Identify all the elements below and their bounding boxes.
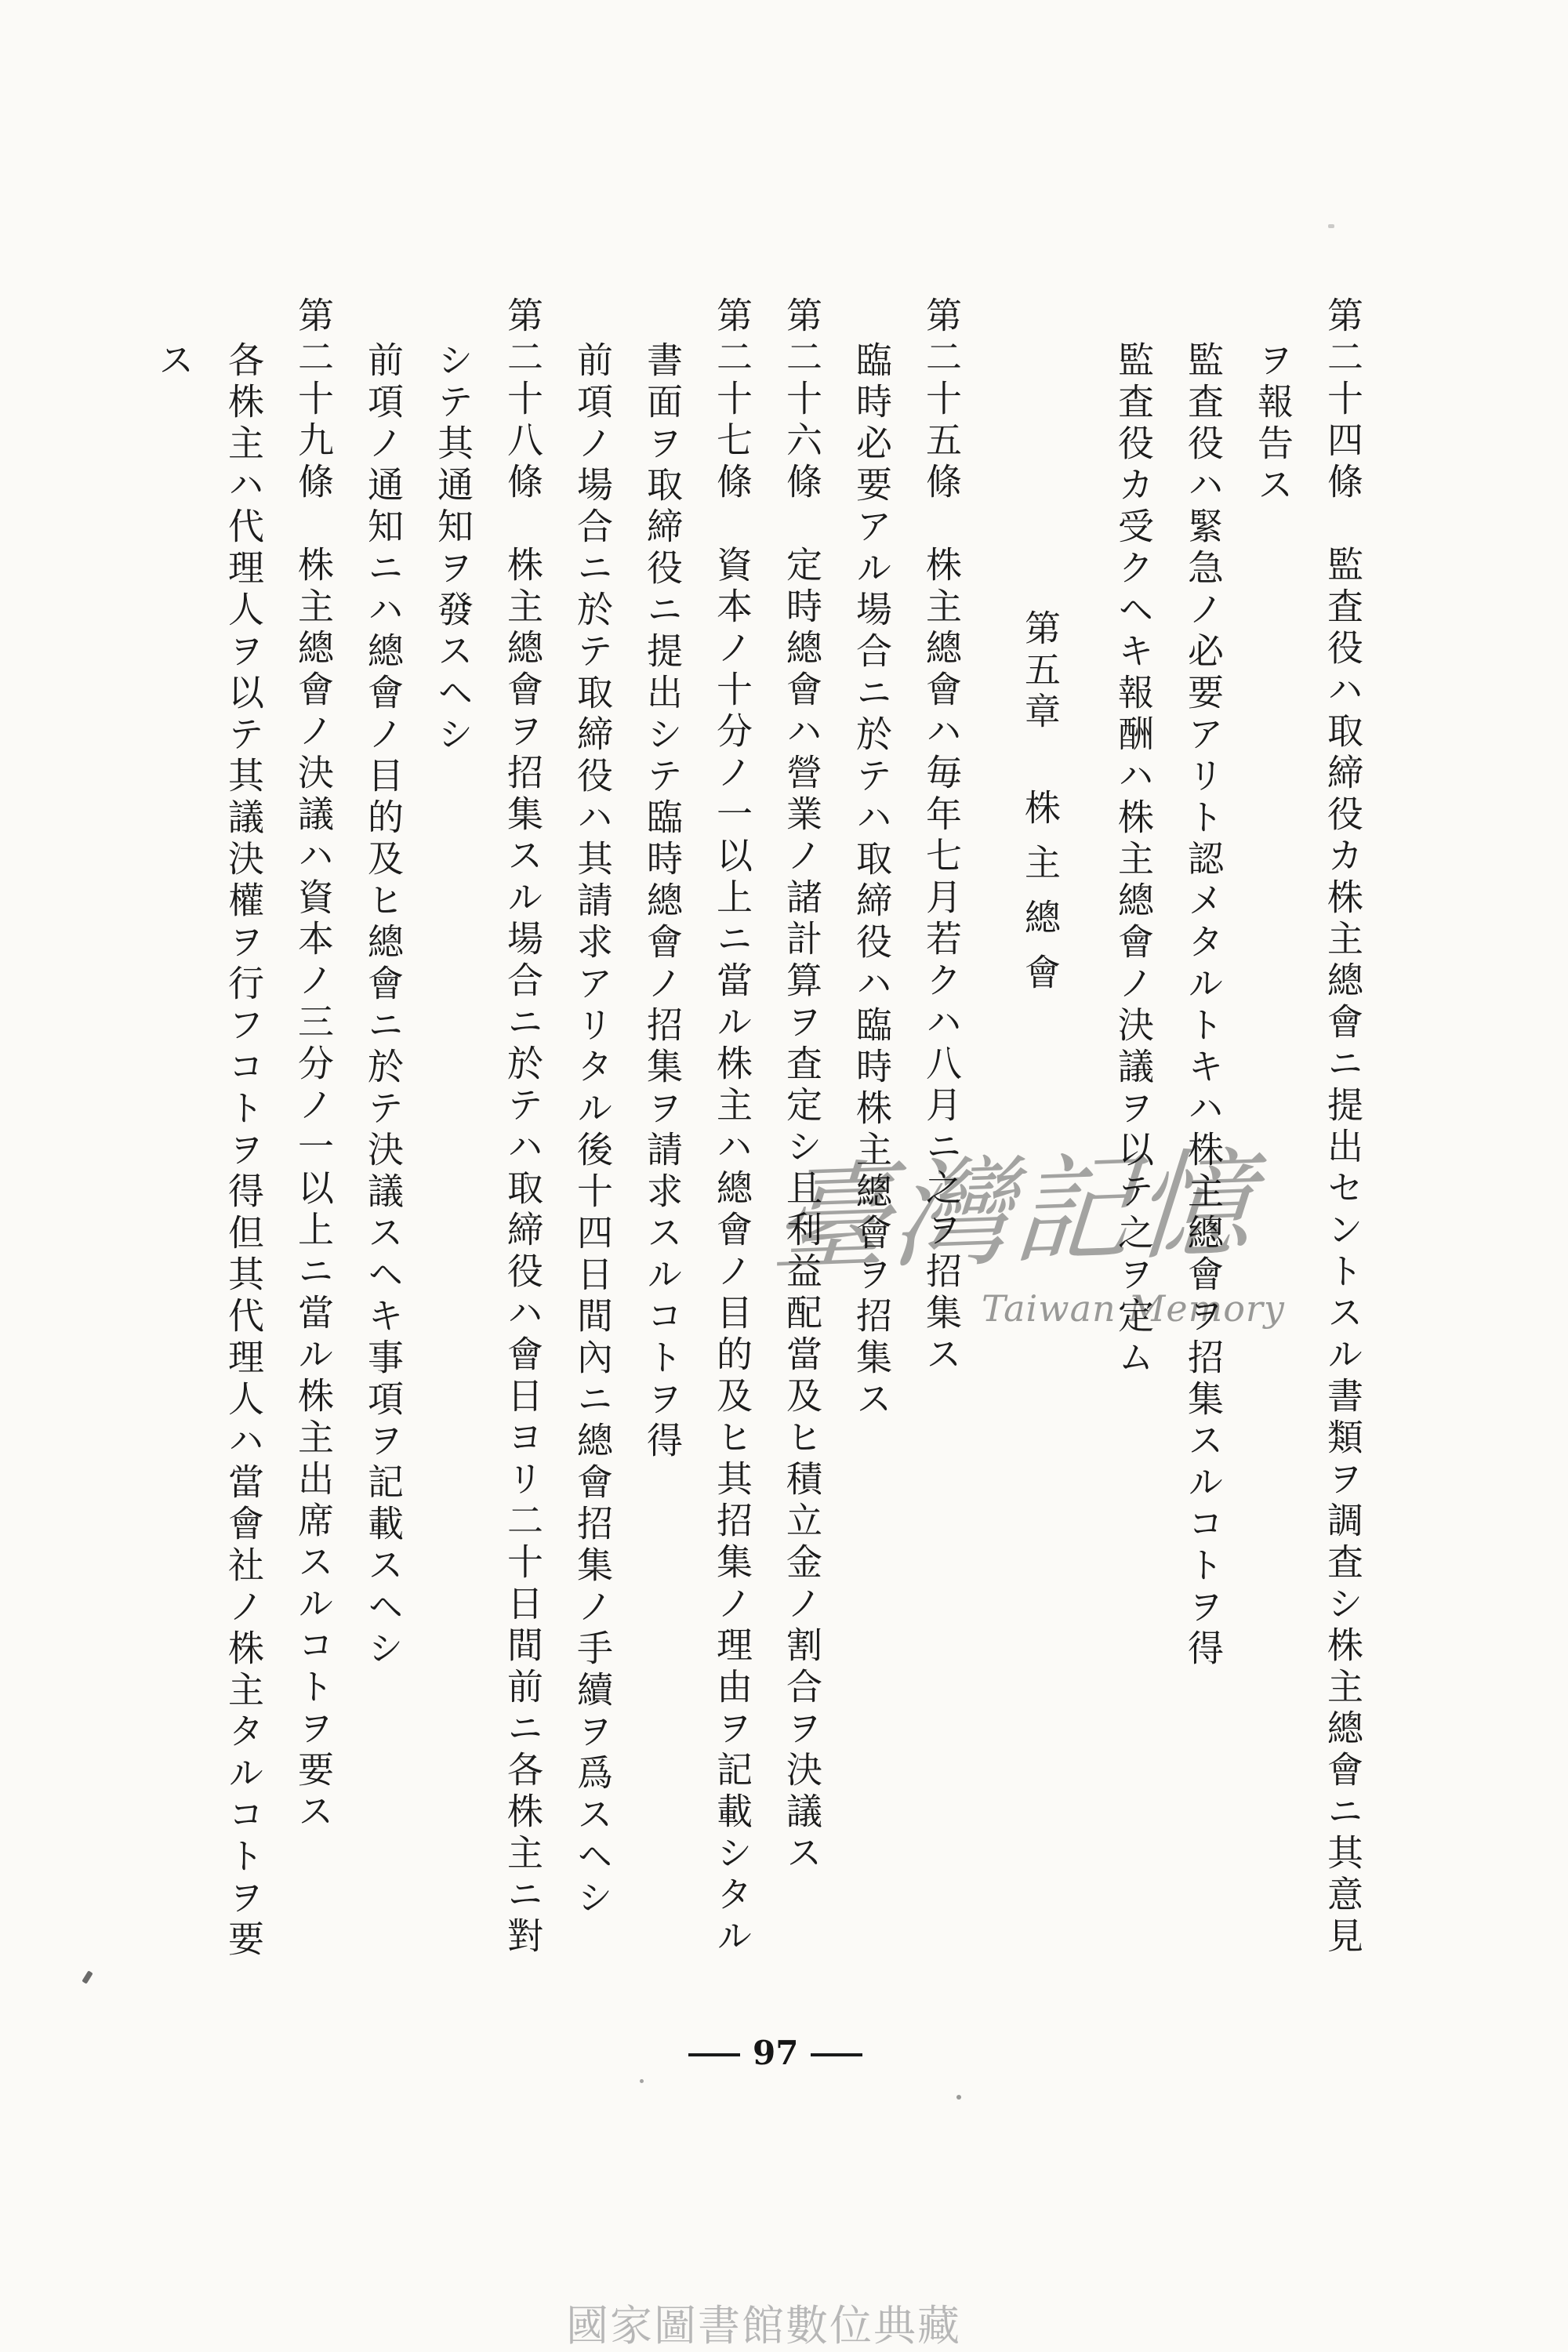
- article-column: 第二十九條 株主總會ノ決議ハ資本ノ三分ノ一以上ニ當ル株主出席スルコトヲ要ス: [294, 296, 333, 1834]
- chapter-number: 第五章: [1019, 609, 1062, 734]
- column-text: ス: [153, 341, 195, 383]
- column-text: 株主總會ハ毎年七月若クハ八月ニ之ヲ招集ス: [920, 546, 963, 1377]
- text-column: 監査役ハ緊急ノ必要アリト認メタルトキハ株主總會ヲ招集スルコトヲ得: [1184, 296, 1223, 1671]
- page-number: 97: [688, 2037, 862, 2073]
- scan-speck: [1328, 224, 1334, 228]
- article-number: 第二十八條: [502, 296, 544, 504]
- scan-speck: [82, 1970, 93, 1984]
- column-text: シテ其通知ヲ發スヘシ: [432, 341, 474, 757]
- vertical-text-block: 第二十四條 監査役ハ取締役カ株主總會ニ提出セントスル書類ヲ調査シ株主總會ニ其意見…: [124, 296, 1363, 2037]
- column-text: 定時總會ハ營業ノ諸計算ヲ査定シ且利益配當及ヒ積立金ノ割合ヲ決議ス: [781, 546, 823, 1875]
- column-text: 株主總會ヲ招集スル場合ニ於テハ取締役ハ會日ヨリ二十日間前ニ各株主ニ對: [502, 546, 544, 1958]
- library-archive-footer: 國家圖書館數位典藏: [566, 2292, 961, 2352]
- text-column: 監査役カ受クヘキ報酬ハ株主總會ノ決議ヲ以テ之ヲ定ム: [1114, 296, 1153, 1380]
- column-text: 監査役カ受クヘキ報酬ハ株主總會ノ決議ヲ以テ之ヲ定ム: [1112, 341, 1155, 1380]
- page-number-dash-left: [688, 2053, 740, 2056]
- text-column: ス: [154, 296, 194, 383]
- column-text: 前項ノ場合ニ於テ取締役ハ其請求アリタル後十四日間內ニ總會招集ノ手續ヲ爲スヘシ: [572, 341, 614, 1920]
- page-number-value: 97: [753, 2037, 798, 2073]
- column-text: 書面ヲ取締役ニ提出シテ臨時總會ノ招集ヲ請求スルコトヲ得: [641, 341, 684, 1463]
- column-text: ヲ報告ス: [1252, 341, 1294, 507]
- column-text: 株主總會ノ決議ハ資本ノ三分ノ一以上ニ當ル株主出席スルコトヲ要ス: [292, 546, 335, 1834]
- page-number-dash-right: [811, 2053, 862, 2056]
- text-column: 臨時必要アル場合ニ於テハ取締役ハ臨時株主總會ヲ招集ス: [852, 296, 891, 1421]
- column-text: 監査役ハ取締役カ株主總會ニ提出セントスル書類ヲ調査シ株主總會ニ其意見: [1322, 546, 1364, 1958]
- article-number: 第二十七條: [711, 296, 753, 504]
- text-column: シテ其通知ヲ發スヘシ: [434, 296, 473, 757]
- column-text: 各株主ハ代理人ヲ以テ其議決權ヲ行フコトヲ得但其代理人ハ當會社ノ株主タルコトヲ要: [223, 341, 265, 1962]
- text-column: 書面ヲ取締役ニ提出シテ臨時總會ノ招集ヲ請求スルコトヲ得: [643, 296, 682, 1463]
- article-column: 第二十七條 資本ノ十分ノ一以上ニ當ル株主ハ總會ノ目的及ヒ其招集ノ理由ヲ記載シタル: [713, 296, 752, 1958]
- article-column: 第二十六條 定時總會ハ營業ノ諸計算ヲ査定シ且利益配當及ヒ積立金ノ割合ヲ決議ス: [782, 296, 822, 1875]
- article-number: 第二十五條: [920, 296, 963, 504]
- article-number: 第二十六條: [781, 296, 823, 504]
- text-column: 前項ノ場合ニ於テ取締役ハ其請求アリタル後十四日間內ニ總會招集ノ手續ヲ爲スヘシ: [573, 296, 612, 1920]
- article-column: 第二十八條 株主總會ヲ招集スル場合ニ於テハ取締役ハ會日ヨリ二十日間前ニ各株主ニ對: [503, 296, 543, 1958]
- article-number: 第二十九條: [292, 296, 335, 504]
- article-number: 第二十四條: [1322, 296, 1364, 504]
- column-text: 資本ノ十分ノ一以上ニ當ル株主ハ總會ノ目的及ヒ其招集ノ理由ヲ記載シタル: [711, 546, 753, 1958]
- column-text: 監査役ハ緊急ノ必要アリト認メタルトキハ株主總會ヲ招集スルコトヲ得: [1182, 341, 1225, 1671]
- chapter-title: 株主總會: [1019, 734, 1062, 1008]
- column-text: 前項ノ通知ニハ總會ノ目的及ヒ總會ニ於テ決議スヘキ事項ヲ記載スヘシ: [362, 341, 405, 1671]
- scanned-document-page: 第二十四條 監査役ハ取締役カ株主總會ニ提出セントスル書類ヲ調査シ株主總會ニ其意見…: [0, 0, 1568, 2352]
- text-column: 前項ノ通知ニハ總會ノ目的及ヒ總會ニ於テ決議スヘキ事項ヲ記載スヘシ: [364, 296, 403, 1671]
- article-column: 第二十四條 監査役ハ取締役カ株主總會ニ提出セントスル書類ヲ調査シ株主總會ニ其意見: [1323, 296, 1363, 1958]
- column-text: 臨時必要アル場合ニ於テハ取締役ハ臨時株主總會ヲ招集ス: [851, 341, 893, 1421]
- article-column: 第二十五條 株主總會ハ毎年七月若クハ八月ニ之ヲ招集ス: [922, 296, 961, 1377]
- chapter-heading-column: 第五章 株主總會: [1021, 296, 1060, 1008]
- text-column: 各株主ハ代理人ヲ以テ其議決權ヲ行フコトヲ得但其代理人ハ當會社ノ株主タルコトヲ要: [224, 296, 263, 1962]
- scan-speck: [640, 2079, 644, 2083]
- text-column: ヲ報告ス: [1254, 296, 1293, 507]
- scan-speck: [956, 2095, 961, 2100]
